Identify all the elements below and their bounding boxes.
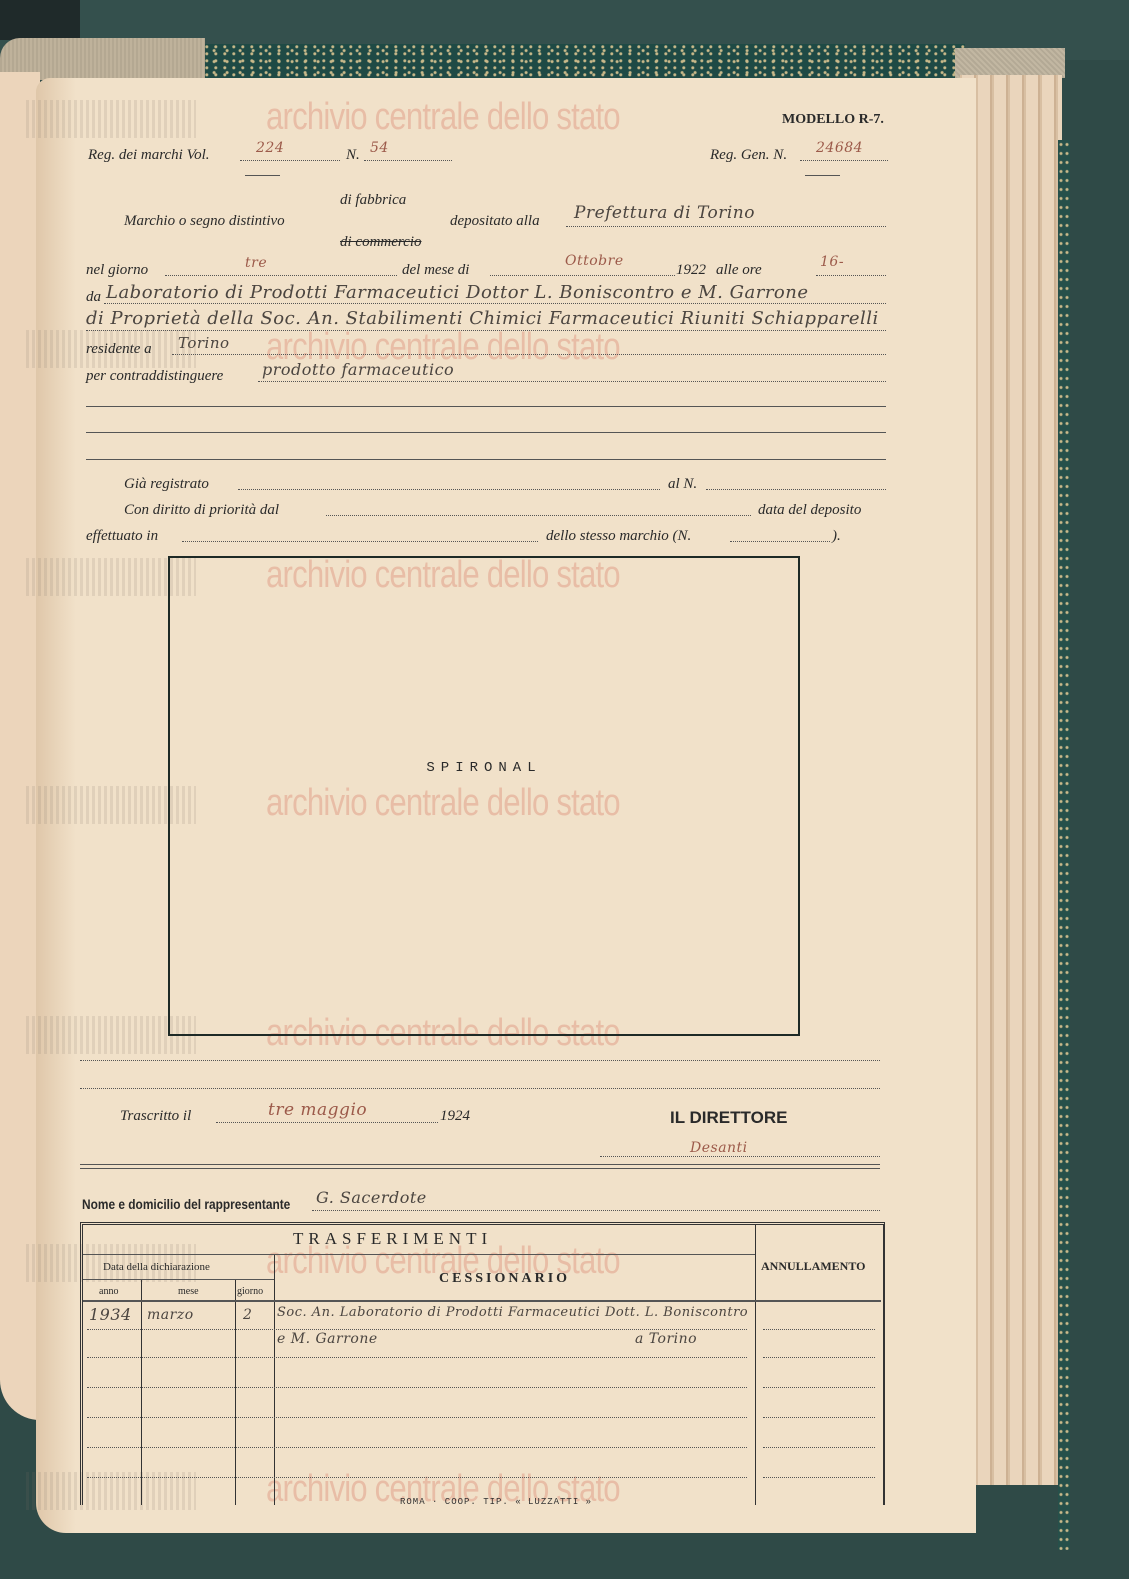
ore-label: alle ore <box>716 262 762 279</box>
marchio-label: Marchio o segno distintivo <box>124 213 285 230</box>
contrad-label: per contraddistinguere <box>86 368 223 385</box>
double-rule <box>80 1164 880 1165</box>
row-cessionario-line2: e M. Garrone <box>277 1331 378 1347</box>
annullamento-divider <box>755 1225 756 1505</box>
vol-value: 224 <box>256 140 284 156</box>
header-rule <box>83 1300 881 1302</box>
col-mese: mese <box>178 1286 199 1297</box>
marbled-edge-right <box>1058 140 1070 1550</box>
printer-imprint: ROMA · COOP. TIP. « LUZZATTI » <box>400 1497 592 1507</box>
residente-label: residente a <box>86 341 152 358</box>
option-fabbrica: di fabbrica <box>340 192 406 209</box>
stesso-marchio-line <box>730 541 830 542</box>
row-cessionario-place: a Torino <box>635 1331 697 1347</box>
option-commercio: di commercio <box>340 234 422 251</box>
da-value-line1: Laboratorio di Prodotti Farmaceutici Dot… <box>106 282 809 303</box>
row-line <box>87 1387 747 1388</box>
header-rule <box>83 1279 274 1280</box>
row-line <box>87 1357 747 1358</box>
blank-line <box>80 1060 880 1061</box>
col-anno: anno <box>99 1286 118 1297</box>
row-line <box>763 1387 875 1388</box>
annullamento-header: ANNULLAMENTO <box>761 1259 865 1274</box>
giorno-label: nel giorno <box>86 262 148 279</box>
row-line <box>763 1477 875 1478</box>
da-label: da <box>86 289 101 306</box>
priorita-label: Con diritto di priorità dal <box>124 502 279 519</box>
ore-value: 16- <box>820 254 844 270</box>
effettuato-label: effettuato in <box>86 528 158 545</box>
row-line <box>763 1417 875 1418</box>
effettuato-line <box>182 541 538 542</box>
rappresentante-label: Nome e domicilio del rappresentante <box>82 1196 290 1212</box>
trademark-box: SPIRONAL <box>168 556 800 1036</box>
mese-line <box>490 275 675 276</box>
priorita-line <box>326 515 751 516</box>
rappresentante-line <box>312 1210 880 1211</box>
ore-line <box>816 275 886 276</box>
col-giorno: giorno <box>237 1286 263 1297</box>
gia-registrato-line <box>238 489 660 490</box>
n-label: N. <box>346 147 360 164</box>
trascritto-line <box>216 1122 438 1123</box>
depositato-label: depositato alla <box>450 213 540 230</box>
al-n-line <box>706 489 886 490</box>
watermark: archivio centrale dello stato <box>266 96 620 139</box>
stesso-marchio-label: dello stesso marchio (N. <box>546 528 691 545</box>
vol-line <box>240 160 340 161</box>
mese-value: Ottobre <box>565 253 624 269</box>
reg-gen-line <box>800 160 888 161</box>
giorno-value: tre <box>245 255 267 271</box>
trascritto-value: tre maggio <box>268 1100 367 1120</box>
data-deposito-label: data del deposito <box>758 502 861 519</box>
col-divider <box>141 1279 142 1505</box>
trascritto-year: 1924 <box>440 1108 470 1125</box>
row-mese: marzo <box>147 1307 194 1323</box>
reg-gen-value: 24684 <box>816 140 863 156</box>
transfers-table: TRASFERIMENTI Data della dichiarazione a… <box>80 1222 885 1505</box>
da-value-line2: di Proprietà della Soc. An. Stabilimenti… <box>86 308 879 329</box>
left-page-edge <box>0 72 40 1420</box>
col-divider <box>274 1255 275 1505</box>
anno-value: 1922 <box>676 262 706 279</box>
contrad-line <box>258 381 886 382</box>
marbled-edge-top <box>205 44 965 80</box>
trasferimenti-title: TRASFERIMENTI <box>293 1229 492 1249</box>
n-line <box>364 160 452 161</box>
header-rule <box>83 1254 755 1255</box>
row-line <box>763 1357 875 1358</box>
direttore-label: IL DIRETTORE <box>670 1108 787 1128</box>
watermark-logo <box>26 100 196 138</box>
cloth-corner <box>955 48 1065 78</box>
background-shadow <box>0 0 80 40</box>
reg-gen-label: Reg. Gen. N. <box>710 147 787 164</box>
data-dichiarazione-header: Data della dichiarazione <box>103 1261 210 1273</box>
cessionario-header: CESSIONARIO <box>439 1271 570 1287</box>
trascritto-label: Trascritto il <box>120 1108 191 1125</box>
double-rule <box>80 1168 880 1169</box>
da-line <box>104 303 886 304</box>
stesso-marchio-close: ). <box>832 528 841 545</box>
residente-value: Torino <box>178 334 230 352</box>
al-n-label: al N. <box>668 476 697 493</box>
model-number: MODELLO R-7. <box>782 112 884 128</box>
row-line <box>763 1447 875 1448</box>
signature-line <box>600 1156 880 1157</box>
reg-marchi-label: Reg. dei marchi Vol. <box>88 147 210 164</box>
blank-line <box>80 1088 880 1089</box>
da-line-2 <box>86 330 886 331</box>
depositato-line <box>566 226 886 227</box>
row-line <box>87 1477 747 1478</box>
mese-label: del mese di <box>402 262 469 279</box>
giorno-line <box>165 275 397 276</box>
n-value: 54 <box>370 140 389 156</box>
row-giorno: 2 <box>243 1307 252 1323</box>
row-line <box>763 1329 875 1330</box>
divider <box>805 175 840 176</box>
col-divider <box>235 1279 236 1505</box>
blank-line <box>86 406 886 407</box>
row-line <box>87 1329 747 1330</box>
director-signature: Desanti <box>690 1140 748 1156</box>
row-cessionario-line1: Soc. An. Laboratorio di Prodotti Farmace… <box>277 1305 748 1320</box>
row-line <box>87 1447 747 1448</box>
contrad-value: prodotto farmaceutico <box>262 360 454 379</box>
divider <box>245 175 280 176</box>
rappresentante-value: G. Sacerdote <box>316 1188 427 1207</box>
blank-line <box>86 432 886 433</box>
trademark-text: SPIRONAL <box>170 760 798 776</box>
gia-registrato-label: Già registrato <box>124 476 209 493</box>
row-anno: 1934 <box>89 1305 132 1324</box>
row-line <box>87 1417 747 1418</box>
depositato-value: Prefettura di Torino <box>574 203 755 223</box>
residente-line <box>172 354 886 355</box>
blank-line <box>86 459 886 460</box>
